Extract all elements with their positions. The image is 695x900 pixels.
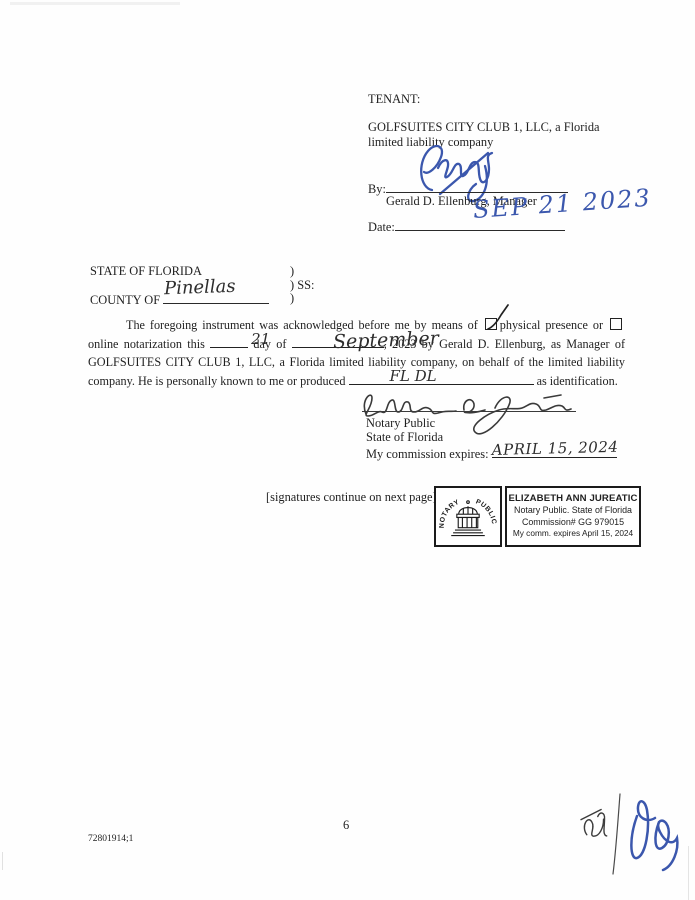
checkbox-physical-presence [485,318,497,330]
ack-physical: physical presence or [500,318,603,332]
notary-signature-line [362,411,576,412]
initials-divider-stroke [613,794,620,874]
commission-expires-line: My commission expires: APRIL 15, 2024 [366,445,617,462]
initials-blue [631,801,677,870]
scan-artifact-top [10,2,180,5]
day-handwritten: 21 [213,330,270,348]
document-page: TENANT: GOLFSUITES CITY CLUB 1, LLC, a F… [0,0,695,900]
notary-stamp-text-box: ELIZABETH ANN JUREATIC Notary Public. St… [505,486,641,547]
page-initials [575,790,680,882]
stamp-line-2: Notary Public. State of Florida [507,505,639,517]
month-blank: September [292,334,384,348]
date-blank-line [395,218,565,231]
by-label: By: [368,182,386,196]
notary-state: State of Florida [366,430,443,445]
day-blank: 21 [210,334,248,348]
notary-title: Notary Public [366,416,435,431]
page-number: 6 [343,818,349,833]
county-label: COUNTY OF [90,293,160,307]
expires-handwritten: APRIL 15, 2024 [491,440,618,458]
ack-online: online notarization this [88,337,205,351]
scan-artifact-left [2,852,3,870]
venue-paren-1: ) [290,264,294,279]
checkbox-online-notarization [610,318,622,330]
notary-stamp: NOTARY PUBLIC ELIZABETH ANN JUREATIC No [434,486,641,547]
expires-blank-line: APRIL 15, 2024 [492,445,617,458]
stamp-notary-name: ELIZABETH ANN JUREATIC [507,493,639,505]
document-number: 72801914;1 [88,834,133,844]
ack-identification: as identification. [537,374,618,388]
seal-word-left: NOTARY [439,498,461,528]
tenant-label: TENANT: [368,92,420,107]
initials-black [580,809,609,841]
company-line-1: GOLFSUITES CITY CLUB 1, LLC, a Florida [368,120,618,135]
svg-text:NOTARY: NOTARY [439,498,461,528]
stamp-line-4: My comm. expires April 15, 2024 [507,528,639,539]
month-handwritten: September [294,329,438,352]
venue-paren-3: ) [290,291,294,306]
notary-seal-icon: NOTARY PUBLIC [438,490,498,544]
notary-seal-box: NOTARY PUBLIC [434,486,502,547]
acknowledgment-paragraph: The foregoing instrument was acknowledge… [88,316,625,390]
scan-artifact-right [688,846,689,900]
continuation-note: [signatures continue on next page] [266,490,437,505]
identification-handwritten: FL DL [352,367,437,385]
checkmark-icon [484,302,510,334]
identification-blank: FL DL [349,371,534,385]
expires-label: My commission expires: [366,447,489,461]
stamp-line-3: Commission# GG 979015 [507,517,639,529]
county-handwritten: Pinellas [164,276,236,299]
date-label: Date: [368,220,395,234]
date-line: Date: [368,218,565,235]
